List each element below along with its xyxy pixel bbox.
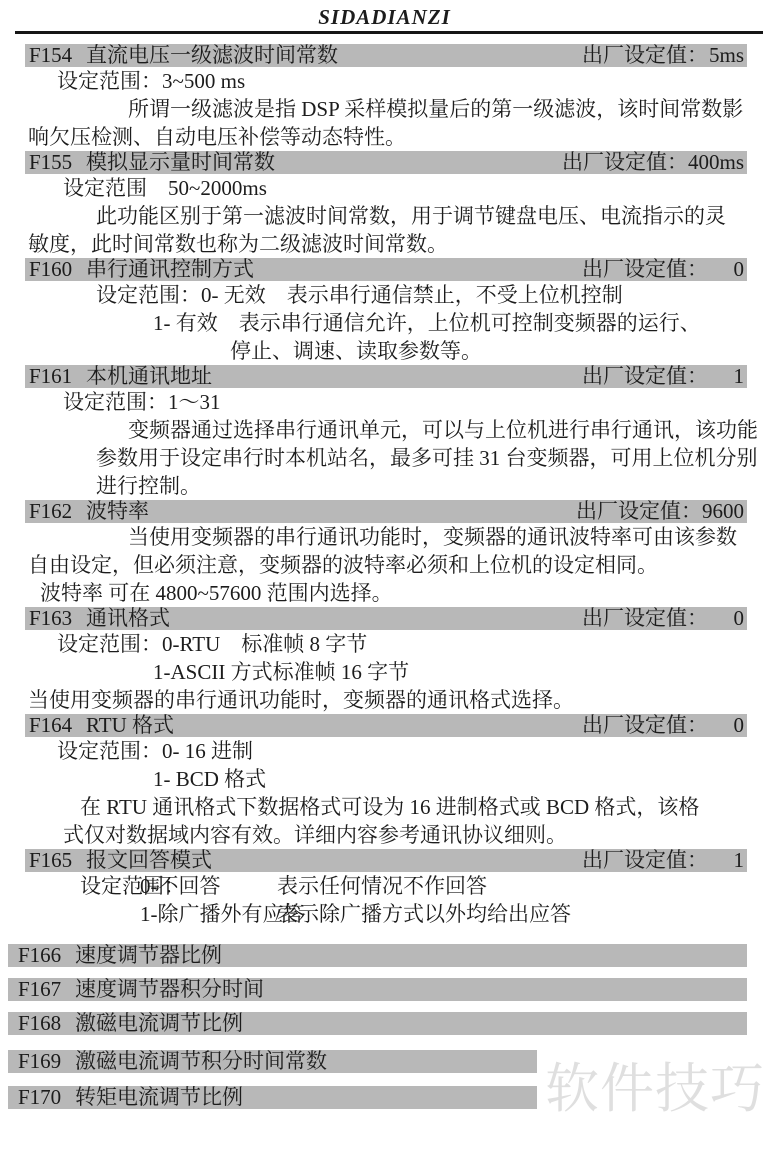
param-line: 波特率 可在 4800~57600 范围内选择。 [0,579,769,607]
param-line: 设定范围：0- 无效 表示串行通信禁止，不受上位机控制 [0,281,769,309]
param-code: F167 [18,978,75,1001]
param-line: 设定范围：0-不回答表示任何情况不作回答 [0,872,769,900]
param-line: 停止、调速、读取参数等。 [0,337,769,365]
param-line: 1- BCD 格式 [0,765,769,793]
param-title: 报文回答模式 [86,849,582,872]
line-text: 1- BCD 格式 [153,765,266,793]
line-text: 此功能区别于第一滤波时间常数，用于调节键盘电压、电流指示的灵 [96,202,726,230]
factory-default-value: 1 [708,849,744,872]
param-line: 所谓一级滤波是指 DSP 采样模拟量后的第一级滤波，该时间常数影 [0,95,769,123]
line-text: 所谓一级滤波是指 DSP 采样模拟量后的第一级滤波，该时间常数影 [128,95,743,123]
page-header: SIDADIANZI [0,0,769,30]
param-line: 1- 有效 表示串行通信允许，上位机可控制变频器的运行、 [0,309,769,337]
line-text: 在 RTU 通讯格式下数据格式可设为 16 进制格式或 BCD 格式，该格 [80,793,699,821]
factory-default: 出厂设定值：0 [582,607,744,630]
param-title: 波特率 [86,500,576,523]
factory-default-label: 出厂设定值： [576,500,702,523]
line-text: 响欠压检测、自动电压补偿等动态特性。 [28,123,406,151]
param-line: 1-ASCII 方式标准帧 16 字节 [0,658,769,686]
param-title: 直流电压一级滤波时间常数 [86,44,582,67]
line-text: 变频器通过选择串行通讯单元，可以与上位机进行串行通讯，该功能 [128,416,758,444]
param-line: 参数用于设定串行时本机站名，最多可挂 31 台变频器，可用上位机分别 [0,444,769,472]
line-text: 设定范围 50~2000ms [63,174,267,202]
param-bar-f154: F154直流电压一级滤波时间常数出厂设定值：5ms [25,44,747,67]
param-code: F163 [29,607,86,630]
line-text: 式仅对数据域内容有效。详细内容参考通讯协议细则。 [63,821,567,849]
param-code: F164 [29,714,86,737]
param-bar-f168: F168激磁电流调节比例 [8,1012,747,1035]
param-code: F154 [29,44,86,67]
line-text: 1- 有效 表示串行通信允许，上位机可控制变频器的运行、 [153,309,701,337]
line-text: 自由设定，但必须注意，变频器的波特率必须和上位机的设定相同。 [28,551,658,579]
param-bar-f163: F163通讯格式出厂设定值：0 [25,607,747,630]
param-title: 速度调节器比例 [75,944,744,967]
param-title: RTU 格式 [86,714,582,737]
param-bar-f160: F160串行通讯控制方式出厂设定值：0 [25,258,747,281]
param-code: F165 [29,849,86,872]
param-line: 设定范围：0-RTU 标准帧 8 字节 [0,630,769,658]
factory-default: 出厂设定值：400ms [562,151,744,174]
line-text: 波特率 可在 4800~57600 范围内选择。 [40,579,393,607]
factory-default: 出厂设定值：0 [582,714,744,737]
param-line: 设定范围 50~2000ms [0,174,769,202]
parameter-list: F154直流电压一级滤波时间常数出厂设定值：5ms设定范围：3~500 ms所谓… [0,44,769,1109]
factory-default-label: 出厂设定值： [562,151,688,174]
param-title: 速度调节器积分时间 [75,978,744,1001]
param-bar-f166: F166速度调节器比例 [8,944,747,967]
param-line: 进行控制。 [0,472,769,500]
factory-default-label: 出厂设定值： [582,714,708,737]
factory-default-label: 出厂设定值： [582,44,708,67]
param-line: 响欠压检测、自动电压补偿等动态特性。 [0,123,769,151]
param-line: 式仅对数据域内容有效。详细内容参考通讯协议细则。 [0,821,769,849]
line-text: 参数用于设定串行时本机站名，最多可挂 31 台变频器，可用上位机分别 [96,444,758,472]
param-title: 串行通讯控制方式 [86,258,582,281]
line-text: 表示除广播方式以外均给出应答 [277,900,571,928]
param-code: F160 [29,258,86,281]
param-title: 通讯格式 [86,607,582,630]
param-bar-f161: F161本机通讯地址出厂设定值：1 [25,365,747,388]
line-text: 1-ASCII 方式标准帧 16 字节 [153,658,409,686]
line-text: 进行控制。 [96,472,201,500]
line-text: 设定范围：0- 无效 表示串行通信禁止，不受上位机控制 [96,281,623,309]
line-text: 当使用变频器的串行通讯功能时，变频器的通讯波特率可由该参数 [128,523,737,551]
param-code: F162 [29,500,86,523]
param-line: 设定范围：1～31 [0,388,769,416]
param-code: F161 [29,365,86,388]
factory-default: 出厂设定值：1 [582,365,744,388]
param-title: 激磁电流调节比例 [75,1012,744,1035]
line-text: 表示任何情况不作回答 [277,872,487,900]
factory-default-value: 9600 [702,500,744,523]
document-page: SIDADIANZI F154直流电压一级滤波时间常数出厂设定值：5ms设定范围… [0,0,769,1152]
param-bar-f167: F167速度调节器积分时间 [8,978,747,1001]
param-bar-f155: F155模拟显示量时间常数出厂设定值：400ms [25,151,747,174]
line-text: 当使用变频器的串行通讯功能时，变频器的通讯格式选择。 [28,686,574,714]
factory-default-value: 0 [708,714,744,737]
param-code: F170 [18,1086,75,1109]
param-line: 设定范围：3~500 ms [0,67,769,95]
param-line: 此功能区别于第一滤波时间常数，用于调节键盘电压、电流指示的灵 [0,202,769,230]
line-text: 设定范围：0-RTU 标准帧 8 字节 [57,630,367,658]
line-text: 设定范围：3~500 ms [57,67,245,95]
factory-default-label: 出厂设定值： [582,258,708,281]
param-code: F166 [18,944,75,967]
watermark-text: 软件技巧 [545,1062,765,1116]
param-line: 当使用变频器的串行通讯功能时，变频器的通讯波特率可由该参数 [0,523,769,551]
factory-default: 出厂设定值：1 [582,849,744,872]
param-line: 设定范围：0- 16 进制 [0,737,769,765]
param-line: 敏度，此时间常数也称为二级滤波时间常数。 [0,230,769,258]
param-bar-f162: F162波特率出厂设定值：9600 [25,500,747,523]
factory-default-value: 5ms [708,44,744,67]
param-title: 本机通讯地址 [86,365,582,388]
watermark-overlay: 软件技巧 [537,1036,769,1152]
factory-default-value: 400ms [688,151,744,174]
line-text: 敏度，此时间常数也称为二级滤波时间常数。 [28,230,448,258]
factory-default-value: 0 [708,258,744,281]
param-line: 变频器通过选择串行通讯单元，可以与上位机进行串行通讯，该功能 [0,416,769,444]
factory-default-label: 出厂设定值： [582,607,708,630]
line-text: 设定范围：1～31 [63,388,221,416]
param-title: 模拟显示量时间常数 [86,151,562,174]
factory-default: 出厂设定值：9600 [576,500,744,523]
line-text: 0-不回答 [140,872,221,900]
param-line: 在 RTU 通讯格式下数据格式可设为 16 进制格式或 BCD 格式，该格 [0,793,769,821]
factory-default: 出厂设定值：5ms [582,44,744,67]
param-line: 1-除广播外有应答表示除广播方式以外均给出应答 [0,900,769,928]
param-code: F169 [18,1050,75,1073]
factory-default-label: 出厂设定值： [582,365,708,388]
factory-default-value: 0 [708,607,744,630]
line-text: 停止、调速、读取参数等。 [230,337,482,365]
factory-default-label: 出厂设定值： [582,849,708,872]
param-code: F168 [18,1012,75,1035]
line-text: 设定范围：0- 16 进制 [57,737,253,765]
header-rule [15,31,763,34]
param-bar-f165: F165报文回答模式出厂设定值：1 [25,849,747,872]
param-line: 当使用变频器的串行通讯功能时，变频器的通讯格式选择。 [0,686,769,714]
factory-default-value: 1 [708,365,744,388]
param-code: F155 [29,151,86,174]
page-title: SIDADIANZI [318,5,451,29]
factory-default: 出厂设定值：0 [582,258,744,281]
param-bar-f164: F164RTU 格式出厂设定值：0 [25,714,747,737]
param-line: 自由设定，但必须注意，变频器的波特率必须和上位机的设定相同。 [0,551,769,579]
